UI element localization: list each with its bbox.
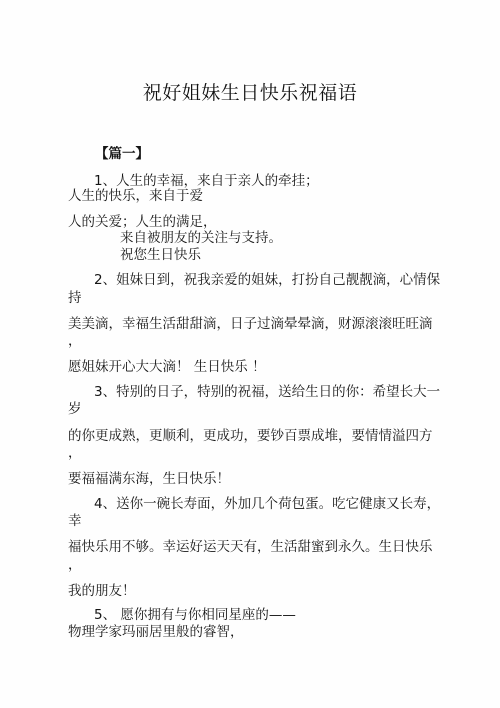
paragraph-line: 愿姐妹开心大大滴！ 生日快乐 ！ [68, 359, 266, 375]
paragraph-line: 幸 [68, 513, 82, 529]
paragraph-line: 人的关爱；人生的满足， [68, 214, 217, 230]
paragraph-line: 5、 愿你拥有与你相同星座的—— [94, 607, 296, 623]
section-heading: 【篇一】 [95, 146, 149, 162]
paragraph-line: ， [68, 333, 82, 349]
paragraph-line: 3、特别的日子，特别的祝福，送给生日的你：希望长大一 [94, 384, 440, 400]
paragraph-line: 物理学家玛丽居里般的睿智， [68, 624, 244, 640]
paragraph-line: 4、送你一碗长寿面，外加几个荷包蛋。吃它健康又长寿， [94, 496, 440, 512]
paragraph-line: ， [68, 445, 82, 461]
paragraph-line: 的你更成熟，更顺利，更成功，要钞百票成堆，要情情溢四方 [68, 428, 433, 444]
paragraph-line: 来自被朋友的关注与支持。 [120, 230, 282, 246]
paragraph-line: 美美滴，幸福生活甜甜滴，日子过滴晕晕滴，财源滚滚旺旺滴 [68, 316, 433, 332]
paragraph-line: 福快乐用不够。幸运好运天天有，生活甜蜜到永久。生日快乐 [68, 539, 433, 555]
paragraph-line: 岁 [68, 401, 82, 417]
paragraph-line: 2、姐妹日到，祝我亲爱的姐妹，打扮自己靓靓滴，心情保 [94, 272, 440, 288]
paragraph-line: 要福福满东海，生日快乐！ [68, 471, 230, 487]
paragraph-line: 祝您生日快乐 [120, 247, 201, 263]
paragraph-line: ， [68, 557, 82, 573]
paragraph-line: 我的朋友！ [68, 583, 136, 599]
paragraph-line: 人生的快乐，来自于爱 [68, 188, 203, 204]
paragraph-line: 1、人生的幸福，来自于亲人的牵挂； [94, 173, 319, 189]
document-title: 祝好姐妹生日快乐祝福语 [0, 78, 500, 105]
document-page: 祝好姐妹生日快乐祝福语 【篇一】 1、人生的幸福，来自于亲人的牵挂； 人生的快乐… [0, 0, 500, 708]
paragraph-line: 持 [68, 290, 82, 306]
